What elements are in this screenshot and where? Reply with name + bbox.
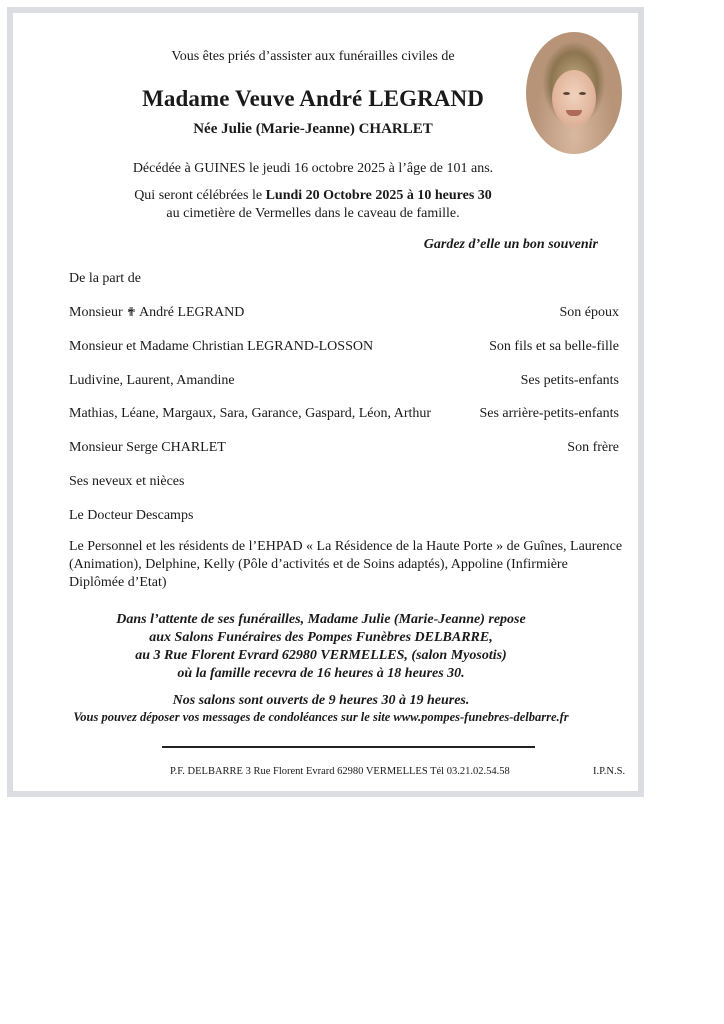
family-member: Le Docteur Descamps (69, 508, 193, 524)
family-relation: Son frère (567, 440, 619, 456)
family-row: Ludivine, Laurent, Amandine Ses petits-e… (69, 373, 619, 389)
family-member: Monsieur ✟ André LEGRAND (69, 305, 244, 321)
family-row: Le Docteur Descamps (69, 508, 619, 524)
deceased-name: Madame Veuve André LEGRAND (13, 86, 613, 112)
footer-company: P.F. DELBARRE 3 Rue Florent Evrard 62980… (170, 766, 510, 777)
notice-frame: Vous êtes priés d’assister aux funéraill… (7, 7, 644, 797)
family-row: Mathias, Léane, Margaux, Sara, Garance, … (69, 406, 619, 422)
portrait-eye (563, 92, 570, 95)
ceremony-place: au cimetière de Vermelles dans le caveau… (166, 206, 459, 221)
family-relation: Ses arrière-petits-enfants (479, 406, 619, 422)
condolences-text: Vous pouvez déposer vos messages de cond… (13, 710, 629, 725)
birth-name: Née Julie (Marie-Jeanne) CHARLET (13, 121, 613, 138)
rest-line: aux Salons Funéraires des Pompes Funèbre… (13, 629, 629, 647)
rest-info: Dans l’attente de ses funérailles, Madam… (13, 611, 629, 683)
ceremony-info: Qui seront célébrées le Lundi 20 Octobre… (13, 187, 613, 223)
family-row: Ses neveux et nièces (69, 474, 619, 490)
ceremony-prefix: Qui seront célébrées le (134, 188, 265, 203)
rest-line: au 3 Rue Florent Evrard 62980 VERMELLES,… (13, 647, 629, 665)
intro-text: Vous êtes priés d’assister aux funéraill… (13, 49, 613, 65)
staff-text: Le Personnel et les résidents de l’EHPAD… (69, 538, 624, 592)
footer-ipns: I.P.N.S. (593, 766, 625, 777)
ceremony-date: Lundi 20 Octobre 2025 à 10 heures 30 (266, 188, 492, 203)
family-relation: Ses petits-enfants (521, 373, 619, 389)
motto: Gardez d’elle un bon souvenir (424, 237, 598, 253)
family-relation: Son époux (560, 305, 620, 321)
family-member: Monsieur et Madame Christian LEGRAND-LOS… (69, 339, 373, 355)
rest-line: où la famille recevra de 16 heures à 18 … (13, 665, 629, 683)
family-row: Monsieur et Madame Christian LEGRAND-LOS… (69, 339, 619, 355)
portrait-photo (526, 32, 622, 154)
death-info: Décédée à GUINES le jeudi 16 octobre 202… (13, 161, 613, 177)
family-member: Ludivine, Laurent, Amandine (69, 373, 235, 389)
family-relation: Son fils et sa belle-fille (489, 339, 619, 355)
portrait-face (552, 70, 596, 126)
portrait-eye (579, 92, 586, 95)
cross-icon: ✟ (126, 305, 136, 319)
family-member: Monsieur Serge CHARLET (69, 440, 226, 456)
family-member: Mathias, Léane, Margaux, Sara, Garance, … (69, 406, 431, 422)
divider (162, 746, 535, 748)
salon-hours: Nos salons sont ouverts de 9 heures 30 à… (13, 693, 629, 709)
from-label: De la part de (69, 271, 141, 287)
family-member: Ses neveux et nièces (69, 474, 184, 490)
family-row: Monsieur ✟ André LEGRAND Son époux (69, 305, 619, 321)
family-row: Monsieur Serge CHARLET Son frère (69, 440, 619, 456)
rest-line: Dans l’attente de ses funérailles, Madam… (13, 611, 629, 629)
